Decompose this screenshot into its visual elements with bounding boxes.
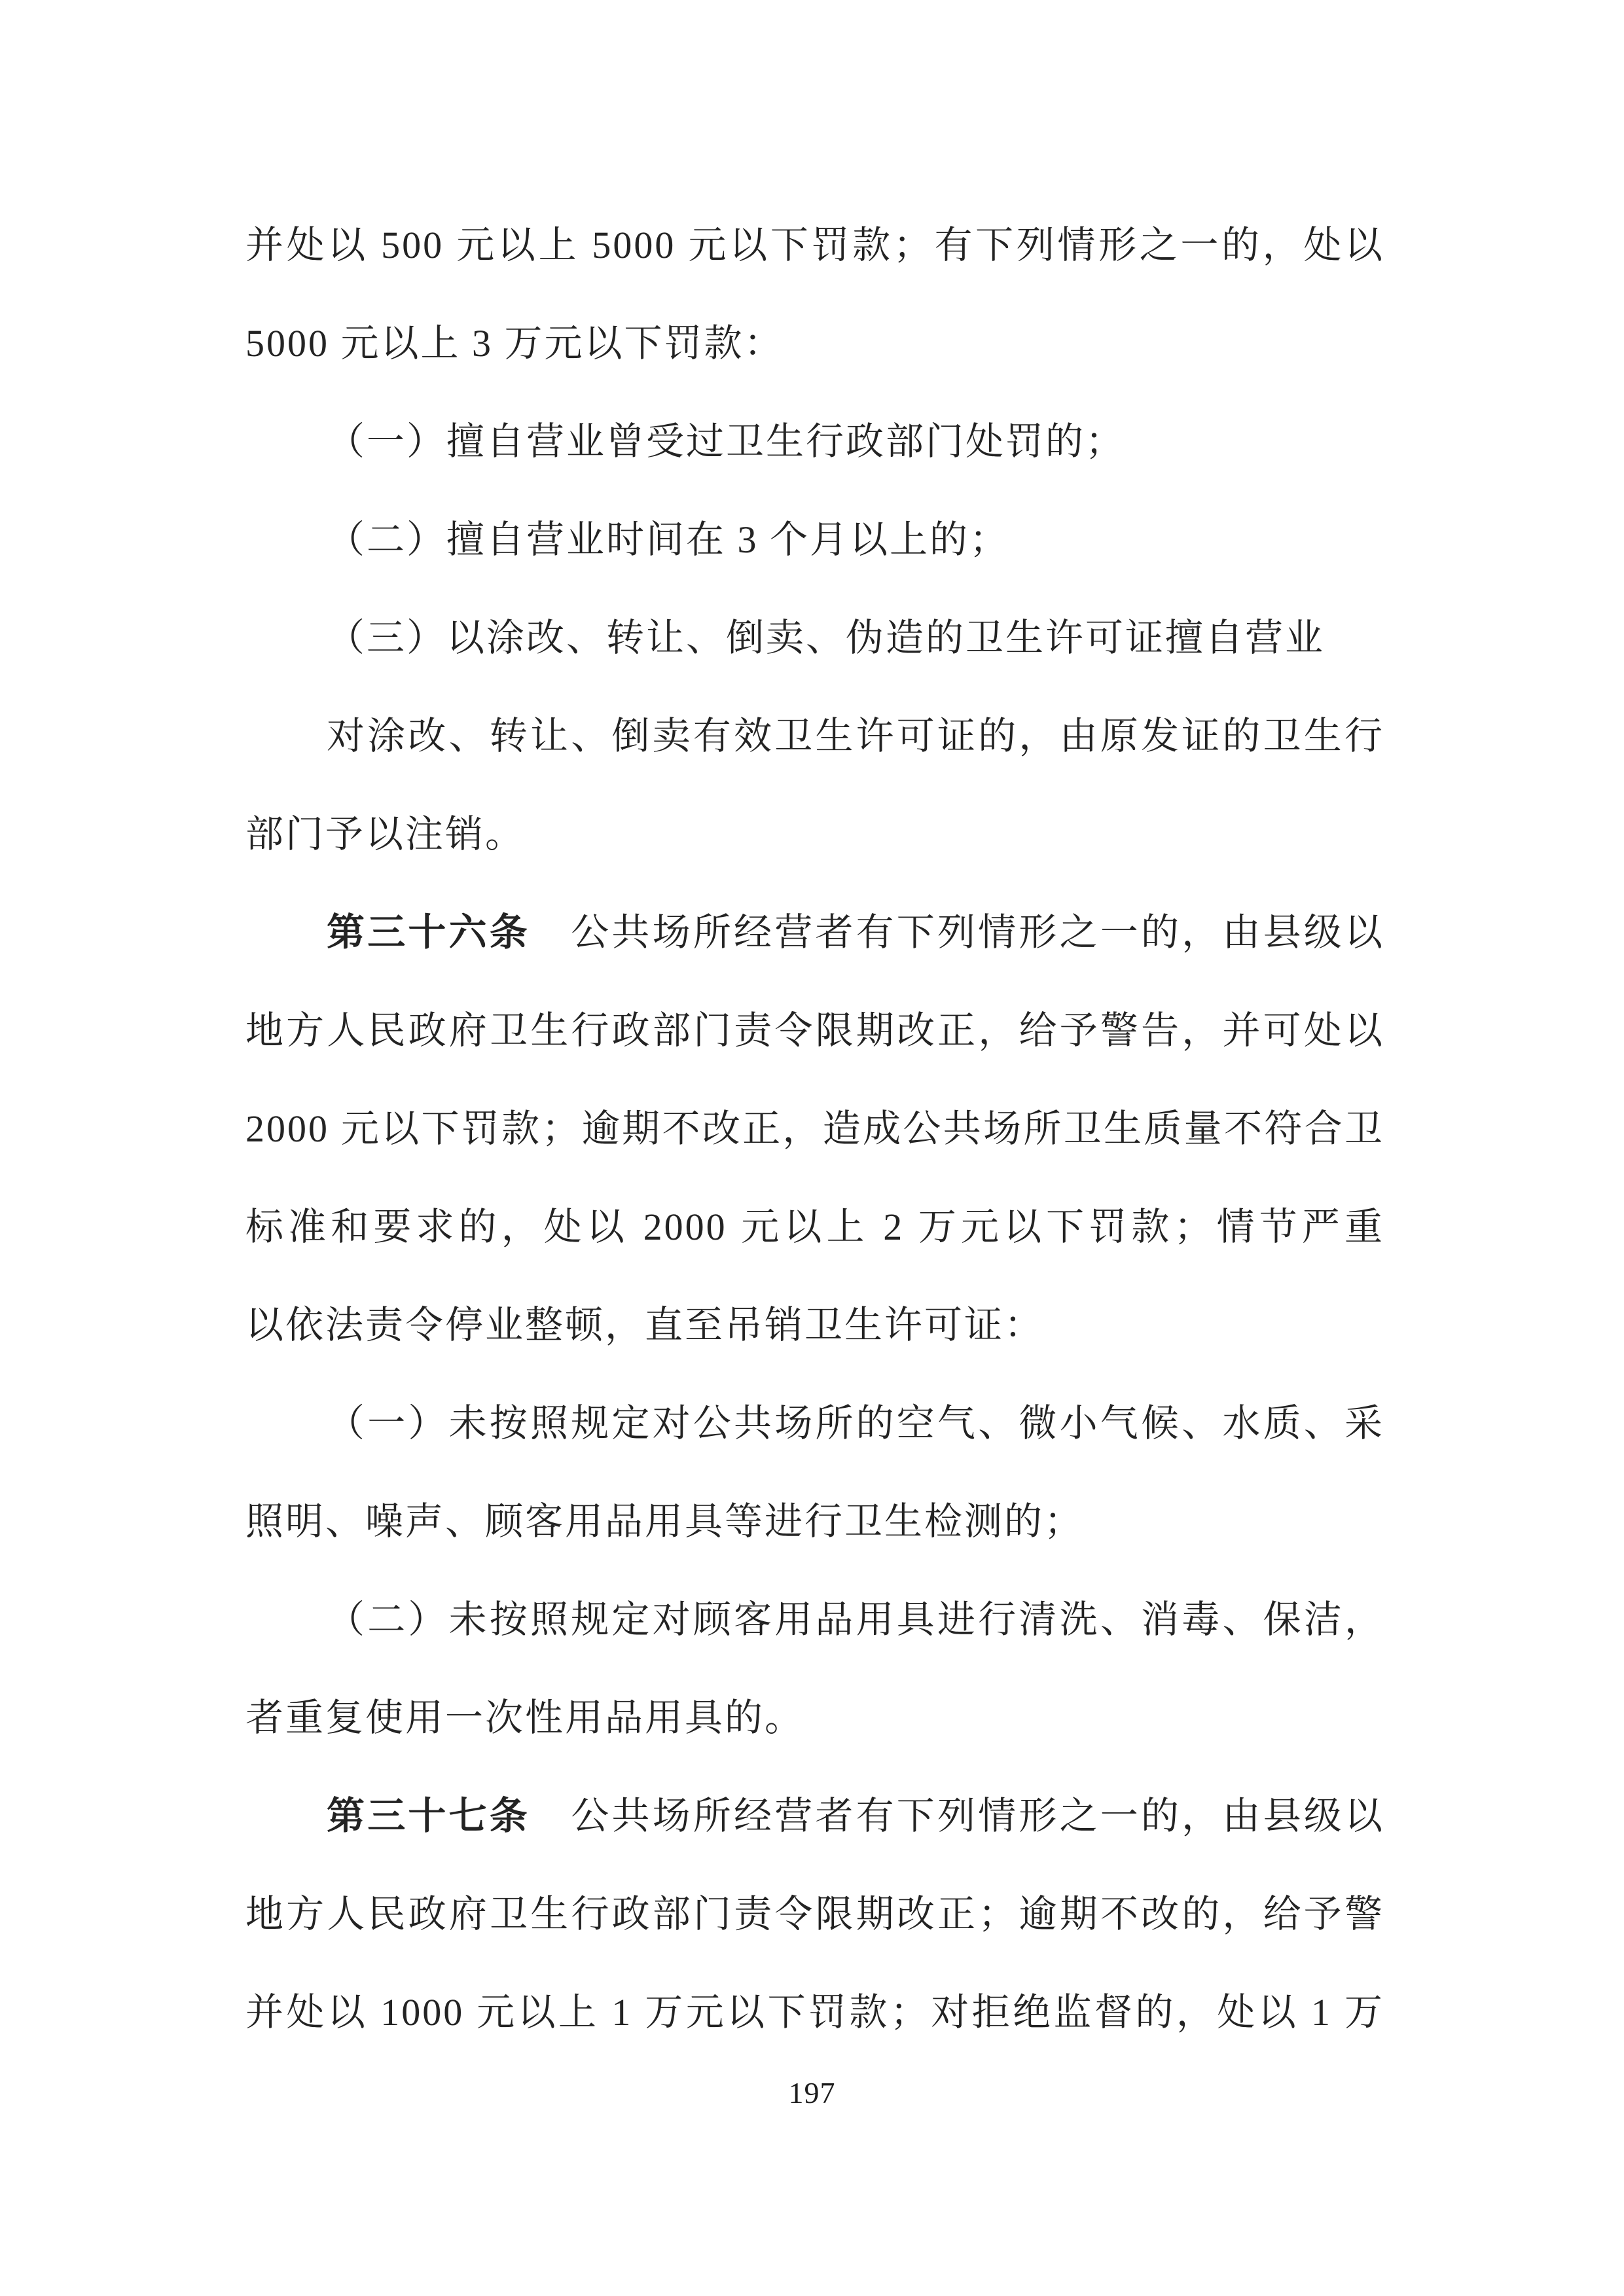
line-text: 并处以 1000 元以上 1 万元以下罚款；对拒绝监督的，处以 1 万元以 [245,1991,1384,2062]
line-text: 以依法责令停业整顿，直至吊销卫生许可证： [245,1304,1044,1346]
text-line: 对涂改、转让、倒卖有效卫生许可证的，由原发证的卫生行政 [245,687,1384,785]
text-line: 并处以 1000 元以上 1 万元以下罚款；对拒绝监督的，处以 1 万元以 [245,1964,1384,2062]
text-line: 照明、噪声、顾客用品用具等进行卫生检测的； [245,1473,1384,1571]
text-line: （三）以涂改、转让、倒卖、伪造的卫生许可证擅自营业的。 [245,589,1384,687]
text-line: 者重复使用一次性用品用具的。 [245,1669,1384,1767]
line-text: 并处以 500 元以上 5000 元以下罚款；有下列情形之一的，处以 [245,224,1384,266]
line-text: 照明、噪声、顾客用品用具等进行卫生检测的； [245,1500,1084,1543]
article-number: 第三十七条 [327,1795,530,1837]
line-text: 者重复使用一次性用品用具的。 [245,1696,804,1739]
text-line: 并处以 500 元以上 5000 元以下罚款；有下列情形之一的，处以 [245,196,1384,295]
line-text: （二）未按照规定对顾客用品用具进行清洗、消毒、保洁，或 [327,1598,1384,1669]
text-line: 第三十六条 公共场所经营者有下列情形之一的，由县级以上 [245,884,1384,982]
text-line: 地方人民政府卫生行政部门责令限期改正；逾期不改的，给予警告， [245,1865,1384,1964]
line-text: （一）未按照规定对公共场所的空气、微小气候、水质、采光、 [327,1402,1384,1473]
text-line: （二）未按照规定对顾客用品用具进行清洗、消毒、保洁，或 [245,1571,1384,1669]
text-line: （二）擅自营业时间在 3 个月以上的； [245,491,1384,589]
line-text: 部门予以注销。 [245,813,525,855]
document-page: 并处以 500 元以上 5000 元以下罚款；有下列情形之一的，处以5000 元… [0,0,1624,2296]
text-line: （一）擅自营业曾受过卫生行政部门处罚的； [245,393,1384,491]
line-text: 地方人民政府卫生行政部门责令限期改正，给予警告，并可处以 [245,1009,1384,1052]
line-text: 标准和要求的，处以 2000 元以上 2 万元以下罚款；情节严重的，可 [245,1206,1384,1276]
line-text: 对涂改、转让、倒卖有效卫生许可证的，由原发证的卫生行政 [327,715,1384,785]
text-line: 部门予以注销。 [245,785,1384,884]
text-line: 地方人民政府卫生行政部门责令限期改正，给予警告，并可处以 [245,982,1384,1080]
text-line: 2000 元以下罚款；逾期不改正，造成公共场所卫生质量不符合卫生 [245,1080,1384,1178]
text-line: 以依法责令停业整顿，直至吊销卫生许可证： [245,1276,1384,1374]
text-line: （一）未按照规定对公共场所的空气、微小气候、水质、采光、 [245,1374,1384,1473]
line-text: 2000 元以下罚款；逾期不改正，造成公共场所卫生质量不符合卫生 [245,1107,1384,1178]
text-line: 标准和要求的，处以 2000 元以上 2 万元以下罚款；情节严重的，可 [245,1178,1384,1276]
line-text: （三）以涂改、转让、倒卖、伪造的卫生许可证擅自营业的。 [327,617,1325,687]
text-line: 第三十七条 公共场所经营者有下列情形之一的，由县级以上 [245,1767,1384,1865]
document-body: 并处以 500 元以上 5000 元以下罚款；有下列情形之一的，处以5000 元… [245,196,1384,2062]
line-text: （二）擅自营业时间在 3 个月以上的； [327,518,1009,561]
text-line: 5000 元以上 3 万元以下罚款： [245,295,1384,393]
line-text: （一）擅自营业曾受过卫生行政部门处罚的； [327,420,1125,463]
line-text: 5000 元以上 3 万元以下罚款： [245,322,784,365]
article-number: 第三十六条 [327,911,530,954]
line-text: 地方人民政府卫生行政部门责令限期改正；逾期不改的，给予警告， [245,1893,1384,1964]
page-number: 197 [0,2073,1624,2113]
